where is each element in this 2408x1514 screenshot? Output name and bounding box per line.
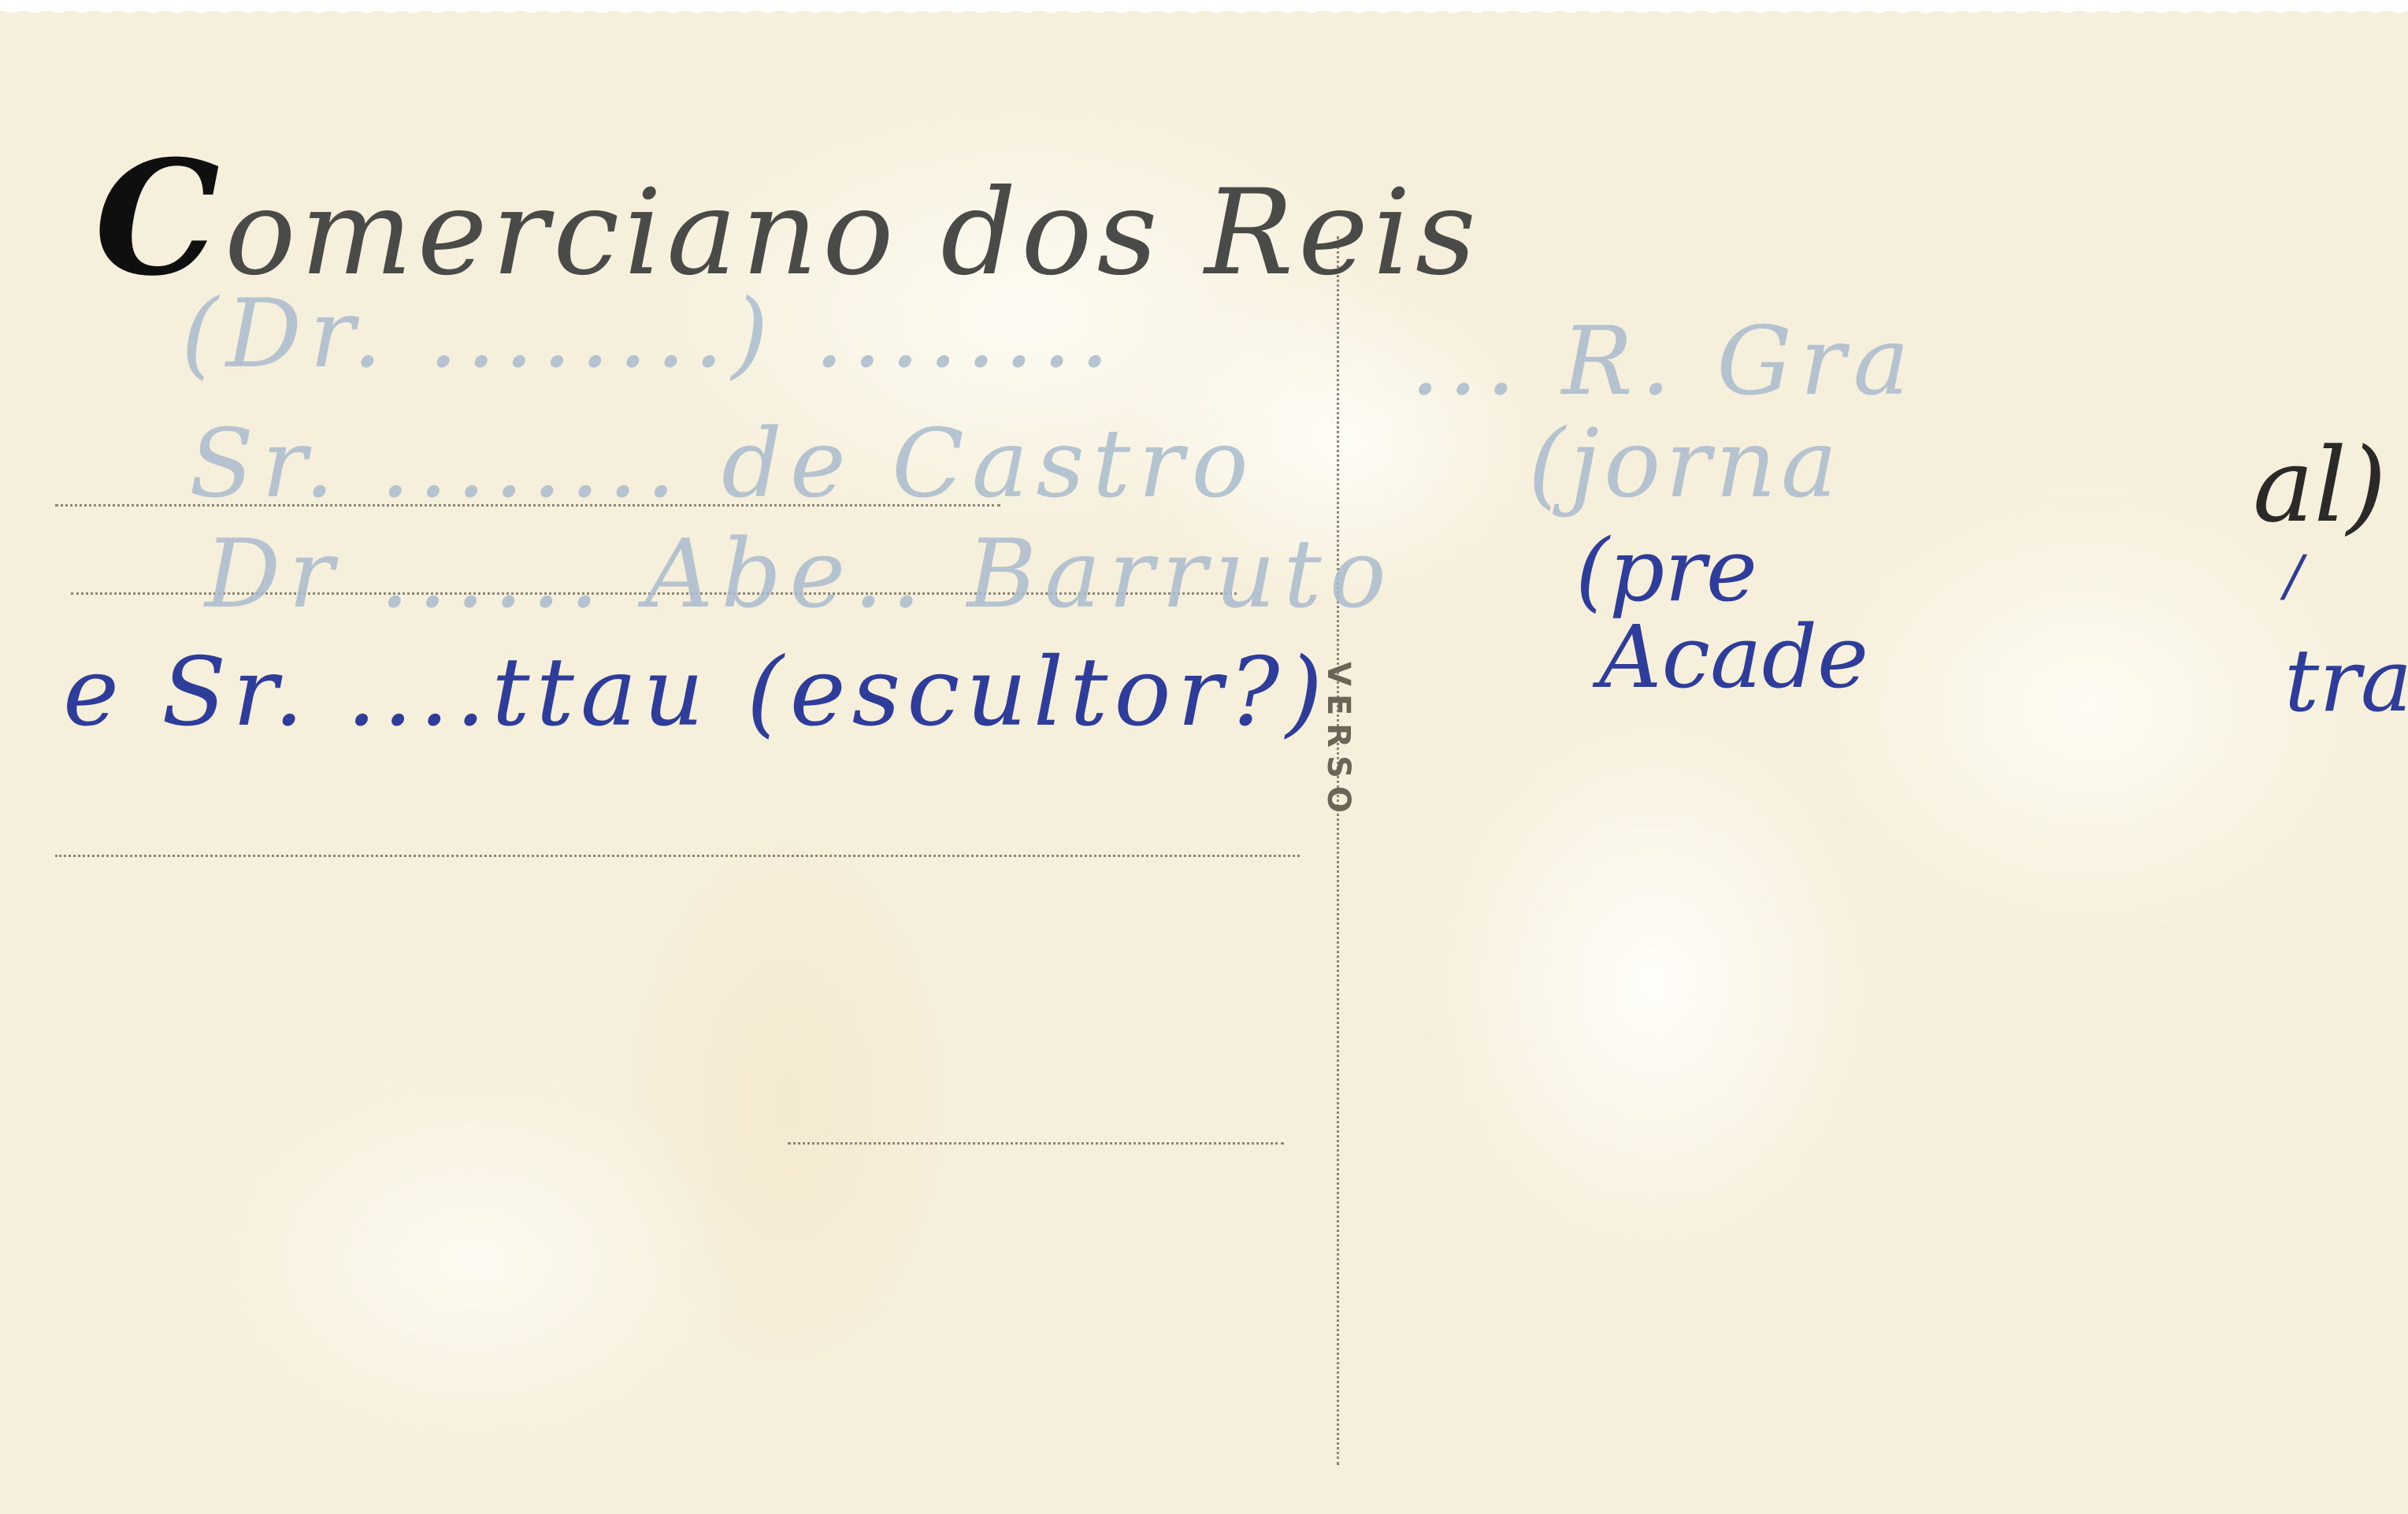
handwritten-fragment-jorna: (jorna	[1528, 410, 1842, 519]
handwritten-line-3: Dr ...... Abe.. Barruto	[205, 520, 1394, 629]
handwritten-fragment-tra: tra	[2284, 630, 2408, 731]
handwritten-line-2: Sr. ........ de Castro	[189, 410, 1256, 519]
handwritten-line-4: e Sr. ....ttau (escultor?)	[63, 638, 1329, 748]
handwritten-fragment-al: al)	[2253, 425, 2387, 545]
address-line-3	[55, 855, 1300, 857]
handwritten-fragment-acade: Acade	[1599, 607, 1868, 707]
postcard-back: VERSO Comerciano dos Reis (Dr. ........)…	[0, 0, 2408, 1514]
handwritten-mark: /	[2284, 544, 2303, 608]
scalloped-edge	[0, 0, 2408, 35]
center-divider	[1337, 236, 1339, 1465]
address-line-4	[788, 1142, 1284, 1145]
handwritten-fragment-gra: ... R. Gra	[1410, 307, 1917, 417]
handwritten-fragment-pre: (pre	[1575, 520, 1757, 621]
handwritten-line-1: (Dr. ........) ........	[181, 280, 1118, 389]
